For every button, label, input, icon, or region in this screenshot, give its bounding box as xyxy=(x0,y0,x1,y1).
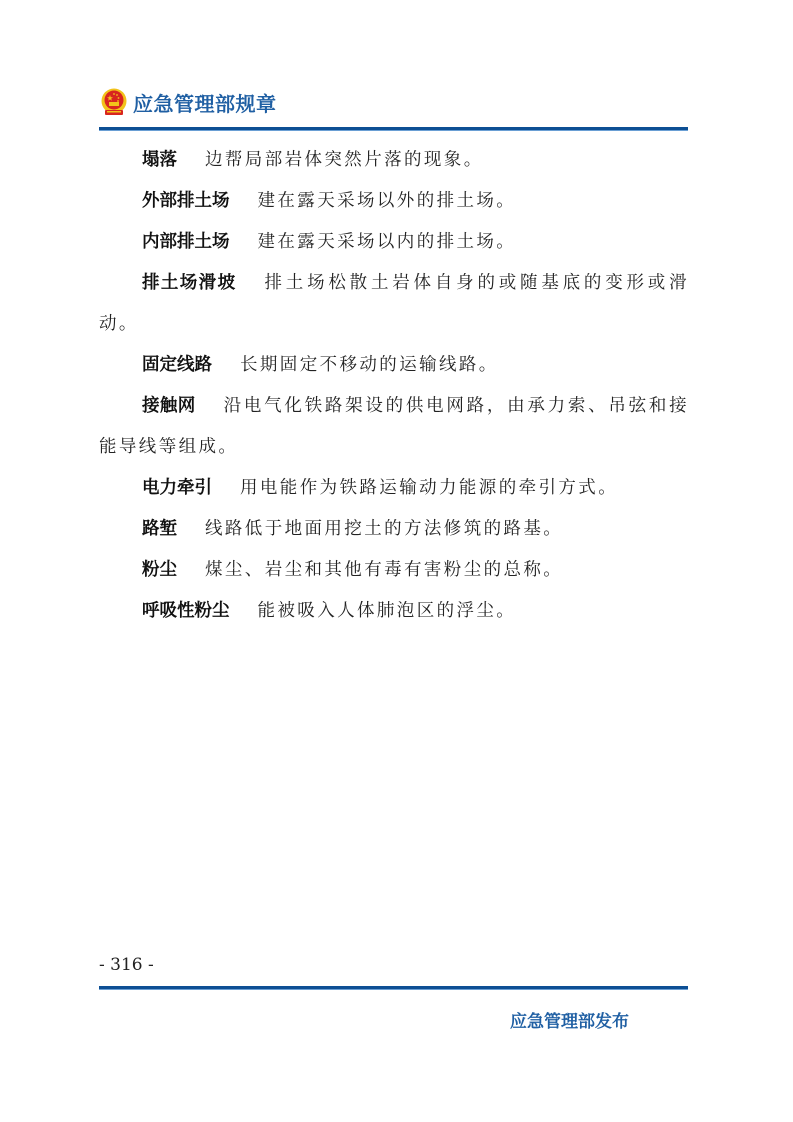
entry-definition: 边帮局部岩体突然片落的现象。 xyxy=(205,150,484,170)
entry-definition: 能被吸入人体肺泡区的浮尘。 xyxy=(258,601,517,621)
entry-definition: 建在露天采场以内的排土场。 xyxy=(258,232,517,252)
header-title: 应急管理部规章 xyxy=(133,88,277,117)
glossary-entry: 电力牵引用电能作为铁路运输动力能源的牵引方式。 xyxy=(99,468,689,509)
glossary-entry: 排土场滑坡排土场松散土岩体自身的或随基底的变形或滑动。 xyxy=(99,263,689,345)
glossary-entry: 路堑线路低于地面用挖土的方法修筑的路基。 xyxy=(99,509,689,550)
entry-definition: 煤尘、岩尘和其他有毒有害粉尘的总称。 xyxy=(205,560,563,580)
glossary-entry: 外部排土场建在露天采场以外的排土场。 xyxy=(99,181,689,222)
glossary-entry: 内部排土场建在露天采场以内的排土场。 xyxy=(99,222,689,263)
entry-term: 粉尘 xyxy=(142,560,177,580)
glossary-entry: 粉尘煤尘、岩尘和其他有毒有害粉尘的总称。 xyxy=(99,550,689,591)
footer-publisher: 应急管理部发布 xyxy=(510,1007,629,1032)
entry-definition: 用电能作为铁路运输动力能源的牵引方式。 xyxy=(240,478,618,498)
header-divider xyxy=(99,127,688,131)
entry-term: 塌落 xyxy=(142,150,177,170)
glossary-entry: 固定线路长期固定不移动的运输线路。 xyxy=(99,345,689,386)
entry-term: 电力牵引 xyxy=(142,478,212,498)
entry-term: 呼吸性粉尘 xyxy=(142,601,230,621)
entry-definition: 线路低于地面用挖土的方法修筑的路基。 xyxy=(205,519,563,539)
entry-term: 外部排土场 xyxy=(142,191,230,211)
entry-term: 固定线路 xyxy=(142,355,212,375)
page-number: - 316 - xyxy=(99,955,154,975)
entry-term: 排土场滑坡 xyxy=(142,273,236,293)
entry-term: 接触网 xyxy=(142,396,196,416)
entry-definition: 长期固定不移动的运输线路。 xyxy=(240,355,499,375)
glossary-entry: 塌落边帮局部岩体突然片落的现象。 xyxy=(99,140,689,181)
footer-divider xyxy=(99,986,688,990)
entry-definition: 建在露天采场以外的排土场。 xyxy=(258,191,517,211)
document-header: 应急管理部规章 xyxy=(99,84,277,120)
glossary-entry: 呼吸性粉尘能被吸入人体肺泡区的浮尘。 xyxy=(99,591,689,632)
glossary-content: 塌落边帮局部岩体突然片落的现象。 外部排土场建在露天采场以外的排土场。 内部排土… xyxy=(99,140,689,632)
glossary-entry: 接触网沿电气化铁路架设的供电网路，由承力索、吊弦和接能导线等组成。 xyxy=(99,386,689,468)
entry-term: 路堑 xyxy=(142,519,177,539)
entry-term: 内部排土场 xyxy=(142,232,230,252)
national-emblem-icon xyxy=(99,87,129,117)
